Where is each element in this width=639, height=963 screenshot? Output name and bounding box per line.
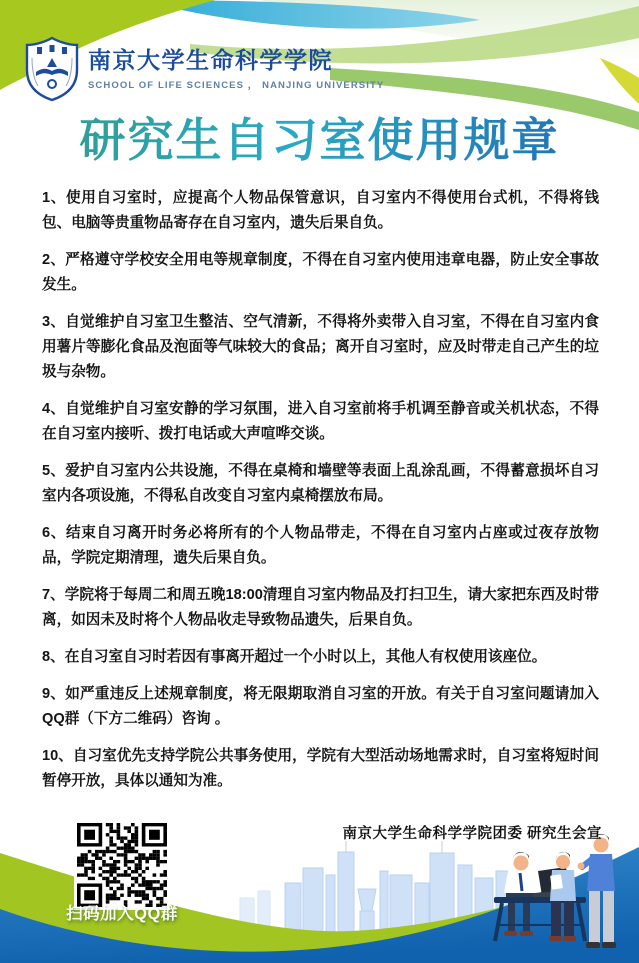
rule-item: 1、使用自习室时，应提高个人物品保管意识，自习室内不得使用台式机，不得将钱包、电… (42, 186, 599, 236)
school-logo-icon (24, 36, 80, 102)
qr-matrix (77, 823, 167, 907)
college-name-block: 南京大学生命科学学院 SCHOOL OF LIFE SCIENCES ， NAN… (88, 47, 384, 91)
rule-item: 6、结束自习离开时务必将所有的个人物品带走，不得在自习室内占座或过夜存放物品，学… (42, 521, 599, 571)
rule-item: 2、严格遵守学校安全用电等规章制度，不得在自习室内使用违章电器，防止安全事故发生… (42, 248, 599, 298)
qq-group-qr-code (74, 820, 170, 910)
college-name: 南京大学生命科学学院 (88, 47, 384, 73)
rule-item: 10、自习室优先支持学院公共事务使用，学院有大型活动场地需求时，自习室将短时间暂… (42, 744, 599, 794)
credit-line: 南京大学生命科学学院团委 研究生会宣 (342, 822, 602, 843)
qr-caption: 扫码加入QQ群 (50, 900, 194, 924)
rule-item: 3、自觉维护自习室卫生整洁、空气清新，不得将外卖带入自习室，不得在自习室内食用薯… (42, 310, 599, 385)
page-title: 研究生自习室使用规章 (0, 104, 639, 170)
rule-item: 9、如严重违反上述规章制度，将无限期取消自习室的开放。有关于自习室问题请加入QQ… (42, 682, 599, 732)
people-illustration (494, 834, 616, 948)
rule-item: 4、自觉维护自习室安静的学习氛围，进入自习室前将手机调至静音或关机状态，不得在自… (42, 397, 599, 447)
yellow-tip (600, 58, 639, 104)
poster-root: 南京大学生命科学学院 SCHOOL OF LIFE SCIENCES ， NAN… (0, 0, 639, 963)
rule-item: 5、爱护自习室内公共设施，不得在桌椅和墙壁等表面上乱涂乱画，不得蓄意损坏自习室内… (42, 459, 599, 509)
rule-item: 7、学院将于每周二和周五晚18:00清理自习室内物品及打扫卫生，请大家把东西及时… (42, 583, 599, 633)
college-name-en: SCHOOL OF LIFE SCIENCES ， NANJING UNIVER… (88, 77, 384, 91)
header: 南京大学生命科学学院 SCHOOL OF LIFE SCIENCES ， NAN… (24, 36, 384, 102)
rules-list: 1、使用自习室时，应提高个人物品保管意识，自习室内不得使用台式机，不得将钱包、电… (42, 186, 599, 806)
rule-item: 8、在自习室自习时若因有事离开超过一个小时以上，其他人有权使用该座位。 (42, 645, 599, 670)
